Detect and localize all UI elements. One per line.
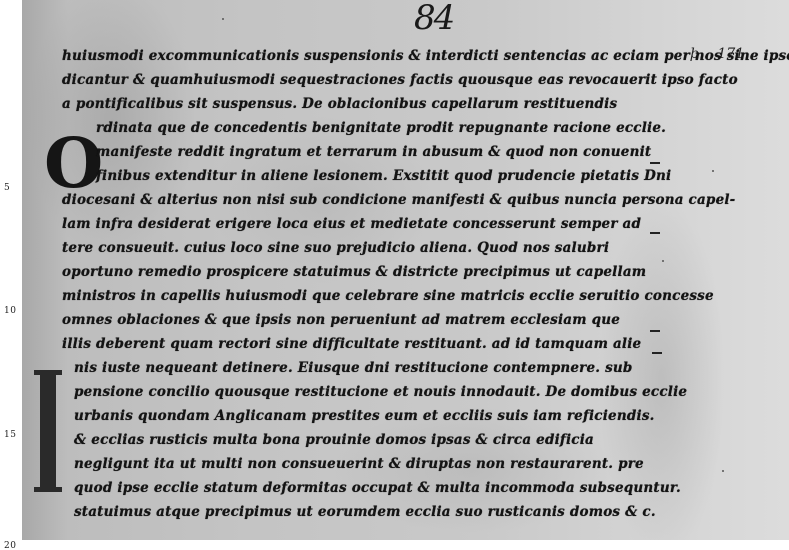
manuscript-line: nis iuste nequeant detinere. Eiusque dni… (74, 360, 633, 377)
manuscript-line: a pontificalibus sit suspensus. De oblac… (62, 96, 617, 113)
manuscript-scan: 84 þ 171 O huiusmodi excommunicationis s… (22, 0, 789, 540)
line-number-gutter: 5101520 (0, 0, 22, 550)
parchment-speck (712, 170, 714, 172)
parchment-speck (662, 260, 664, 262)
line-filler-dash (650, 162, 660, 164)
manuscript-line: pensione concilio quousque restitucione … (74, 384, 687, 401)
parchment-speck (222, 18, 224, 20)
line-number: 5 (4, 183, 10, 193)
decorated-initial-o: O (44, 130, 103, 198)
line-number: 10 (4, 306, 16, 316)
manuscript-line: dicantur & quamhuiusmodi sequestraciones… (62, 72, 738, 89)
manuscript-line: manifeste reddit ingratum et terrarum in… (96, 144, 651, 161)
manuscript-line: diocesani & alterius non nisi sub condic… (62, 192, 735, 209)
manuscript-line: finibus extenditur in aliene lesionem. E… (96, 168, 671, 185)
line-filler-dash (650, 330, 660, 332)
manuscript-line: urbanis quondam Anglicanam prestites eum… (74, 408, 655, 425)
manuscript-line: & ecclias rusticis multa bona prouinie d… (74, 432, 594, 449)
manuscript-line: statuimus atque precipimus ut eorumdem e… (74, 504, 656, 521)
manuscript-line: lam infra desiderat erigere loca eius et… (62, 216, 641, 233)
decorated-initial-i (40, 372, 56, 490)
bottom-margin (22, 540, 789, 550)
manuscript-line: ministros in capellis huiusmodi que cele… (62, 288, 714, 305)
manuscript-line: quod ipse ecclie statum deformitas occup… (74, 480, 681, 497)
parchment-speck (722, 470, 724, 472)
line-filler-dash (650, 232, 660, 234)
line-number: 15 (4, 430, 16, 440)
manuscript-line: omnes oblaciones & que ipsis non perueni… (62, 312, 620, 329)
manuscript-line: negligunt ita ut multi non consueuerint … (74, 456, 644, 473)
manuscript-line: oportuno remedio prospicere statuimus & … (62, 264, 646, 281)
folio-number: 84 (414, 0, 453, 38)
manuscript-line: illis deberent quam rectori sine difficu… (62, 336, 641, 353)
line-number: 20 (4, 541, 16, 550)
manuscript-line: tere consueuit. cuius loco sine suo prej… (62, 240, 609, 257)
line-filler-dash (652, 352, 662, 354)
manuscript-line: rdinata que de concedentis benignitate p… (96, 120, 666, 137)
manuscript-line: huiusmodi excommunicationis suspensionis… (62, 48, 789, 65)
